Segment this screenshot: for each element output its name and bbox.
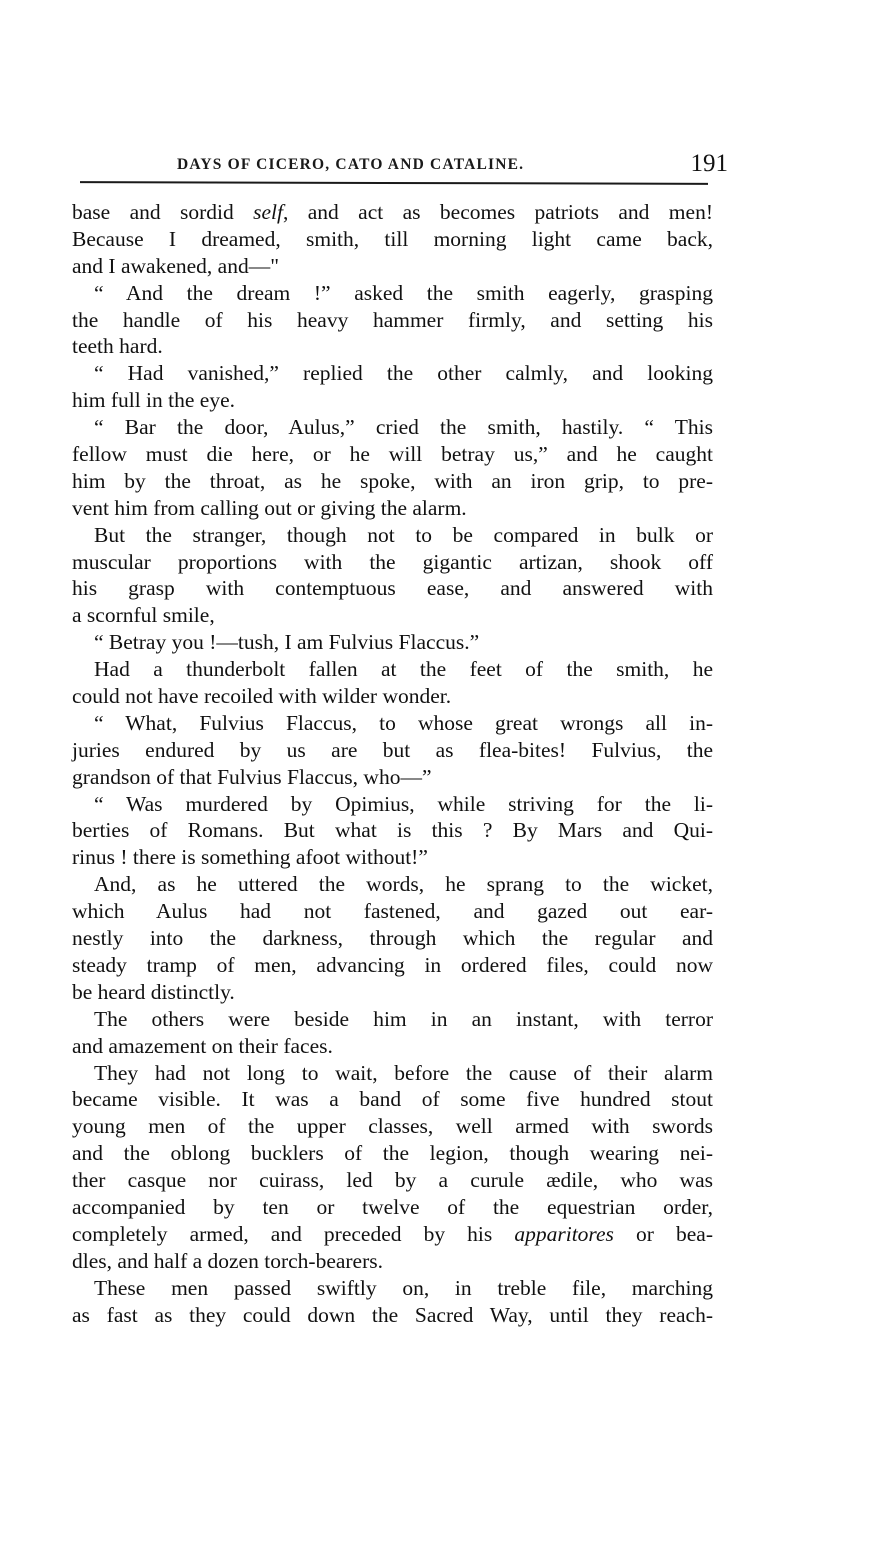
text-line: and the oblong bucklers of the legion, t… [72, 1140, 713, 1167]
page-header: DAYS OF CICERO, CATO AND CATALINE. 191 [72, 150, 728, 184]
paragraph: base and sordid self, and act as becomes… [72, 199, 713, 280]
italic-word: apparitores [514, 1222, 614, 1246]
text-line: steady tramp of men, advancing in ordere… [72, 952, 713, 979]
text-line: became visible. It was a band of some fi… [72, 1086, 713, 1113]
text-line: nestly into the darkness, through which … [72, 925, 713, 952]
paragraph: The others were beside him in an instant… [72, 1006, 713, 1060]
text-line: accompanied by ten or twelve of the eque… [72, 1194, 713, 1221]
paragraph: “ Betray you !—tush, I am Fulvius Flaccu… [72, 629, 713, 656]
text-line: And, as he uttered the words, he sprang … [72, 871, 713, 898]
text-line: “ What, Fulvius Flaccus, to whose great … [72, 710, 713, 737]
header-rule [80, 181, 708, 185]
page-number: 191 [691, 150, 729, 178]
text-line: juries endured by us are but as flea-bit… [72, 737, 713, 764]
text-line: grandson of that Fulvius Flaccus, who—” [72, 764, 713, 791]
running-title: DAYS OF CICERO, CATO AND CATALINE. [177, 156, 524, 174]
text-line: vent him from calling out or giving the … [72, 495, 713, 522]
italic-word: self [253, 200, 283, 224]
text-line: “ And the dream !” asked the smith eager… [72, 280, 713, 307]
paragraph: They had not long to wait, before the ca… [72, 1060, 713, 1275]
body-text: base and sordid self, and act as becomes… [72, 199, 713, 1328]
text-line: “ Bar the door, Aulus,” cried the smith,… [72, 414, 713, 441]
text-line: and amazement on their faces. [72, 1033, 713, 1060]
text-line: and I awakened, and—" [72, 253, 713, 280]
paragraph: And, as he uttered the words, he sprang … [72, 871, 713, 1005]
paragraph: “ Bar the door, Aulus,” cried the smith,… [72, 414, 713, 522]
text-line: Because I dreamed, smith, till morning l… [72, 226, 713, 253]
text-line: ther casque nor cuirass, led by a curule… [72, 1167, 713, 1194]
text-line: “ Betray you !—tush, I am Fulvius Flaccu… [72, 629, 713, 656]
paragraph: “ What, Fulvius Flaccus, to whose great … [72, 710, 713, 791]
text-line: “ Was murdered by Opimius, while strivin… [72, 791, 713, 818]
text-line: But the stranger, though not to be compa… [72, 522, 713, 549]
text-line: young men of the upper classes, well arm… [72, 1113, 713, 1140]
text-line: These men passed swiftly on, in treble f… [72, 1275, 713, 1302]
text-line: could not have recoiled with wilder wond… [72, 683, 713, 710]
paragraph: But the stranger, though not to be compa… [72, 522, 713, 630]
text-line: base and sordid self, and act as becomes… [72, 199, 713, 226]
text-line: berties of Romans. But what is this ? By… [72, 817, 713, 844]
text-line: dles, and half a dozen torch-bearers. [72, 1248, 713, 1275]
text-line: his grasp with contemptuous ease, and an… [72, 575, 713, 602]
text-line: fellow must die here, or he will betray … [72, 441, 713, 468]
text-line: him full in the eye. [72, 387, 713, 414]
text-line: completely armed, and preceded by his ap… [72, 1221, 713, 1248]
text-line: Had a thunderbolt fallen at the feet of … [72, 656, 713, 683]
text-line: a scornful smile, [72, 602, 713, 629]
text-line: rinus ! there is something afoot without… [72, 844, 713, 871]
paragraph: “ And the dream !” asked the smith eager… [72, 280, 713, 361]
paragraph: “ Was murdered by Opimius, while strivin… [72, 791, 713, 872]
text-line: the handle of his heavy hammer firmly, a… [72, 307, 713, 334]
text-line: be heard distinctly. [72, 979, 713, 1006]
text-line: They had not long to wait, before the ca… [72, 1060, 713, 1087]
paragraph: These men passed swiftly on, in treble f… [72, 1275, 713, 1329]
paragraph: “ Had vanished,” replied the other calml… [72, 360, 713, 414]
paragraph: Had a thunderbolt fallen at the feet of … [72, 656, 713, 710]
text-line: as fast as they could down the Sacred Wa… [72, 1302, 713, 1329]
text-line: which Aulus had not fastened, and gazed … [72, 898, 713, 925]
text-line: teeth hard. [72, 333, 713, 360]
text-line: muscular proportions with the gigantic a… [72, 549, 713, 576]
text-line: The others were beside him in an instant… [72, 1006, 713, 1033]
text-line: him by the throat, as he spoke, with an … [72, 468, 713, 495]
text-line: “ Had vanished,” replied the other calml… [72, 360, 713, 387]
